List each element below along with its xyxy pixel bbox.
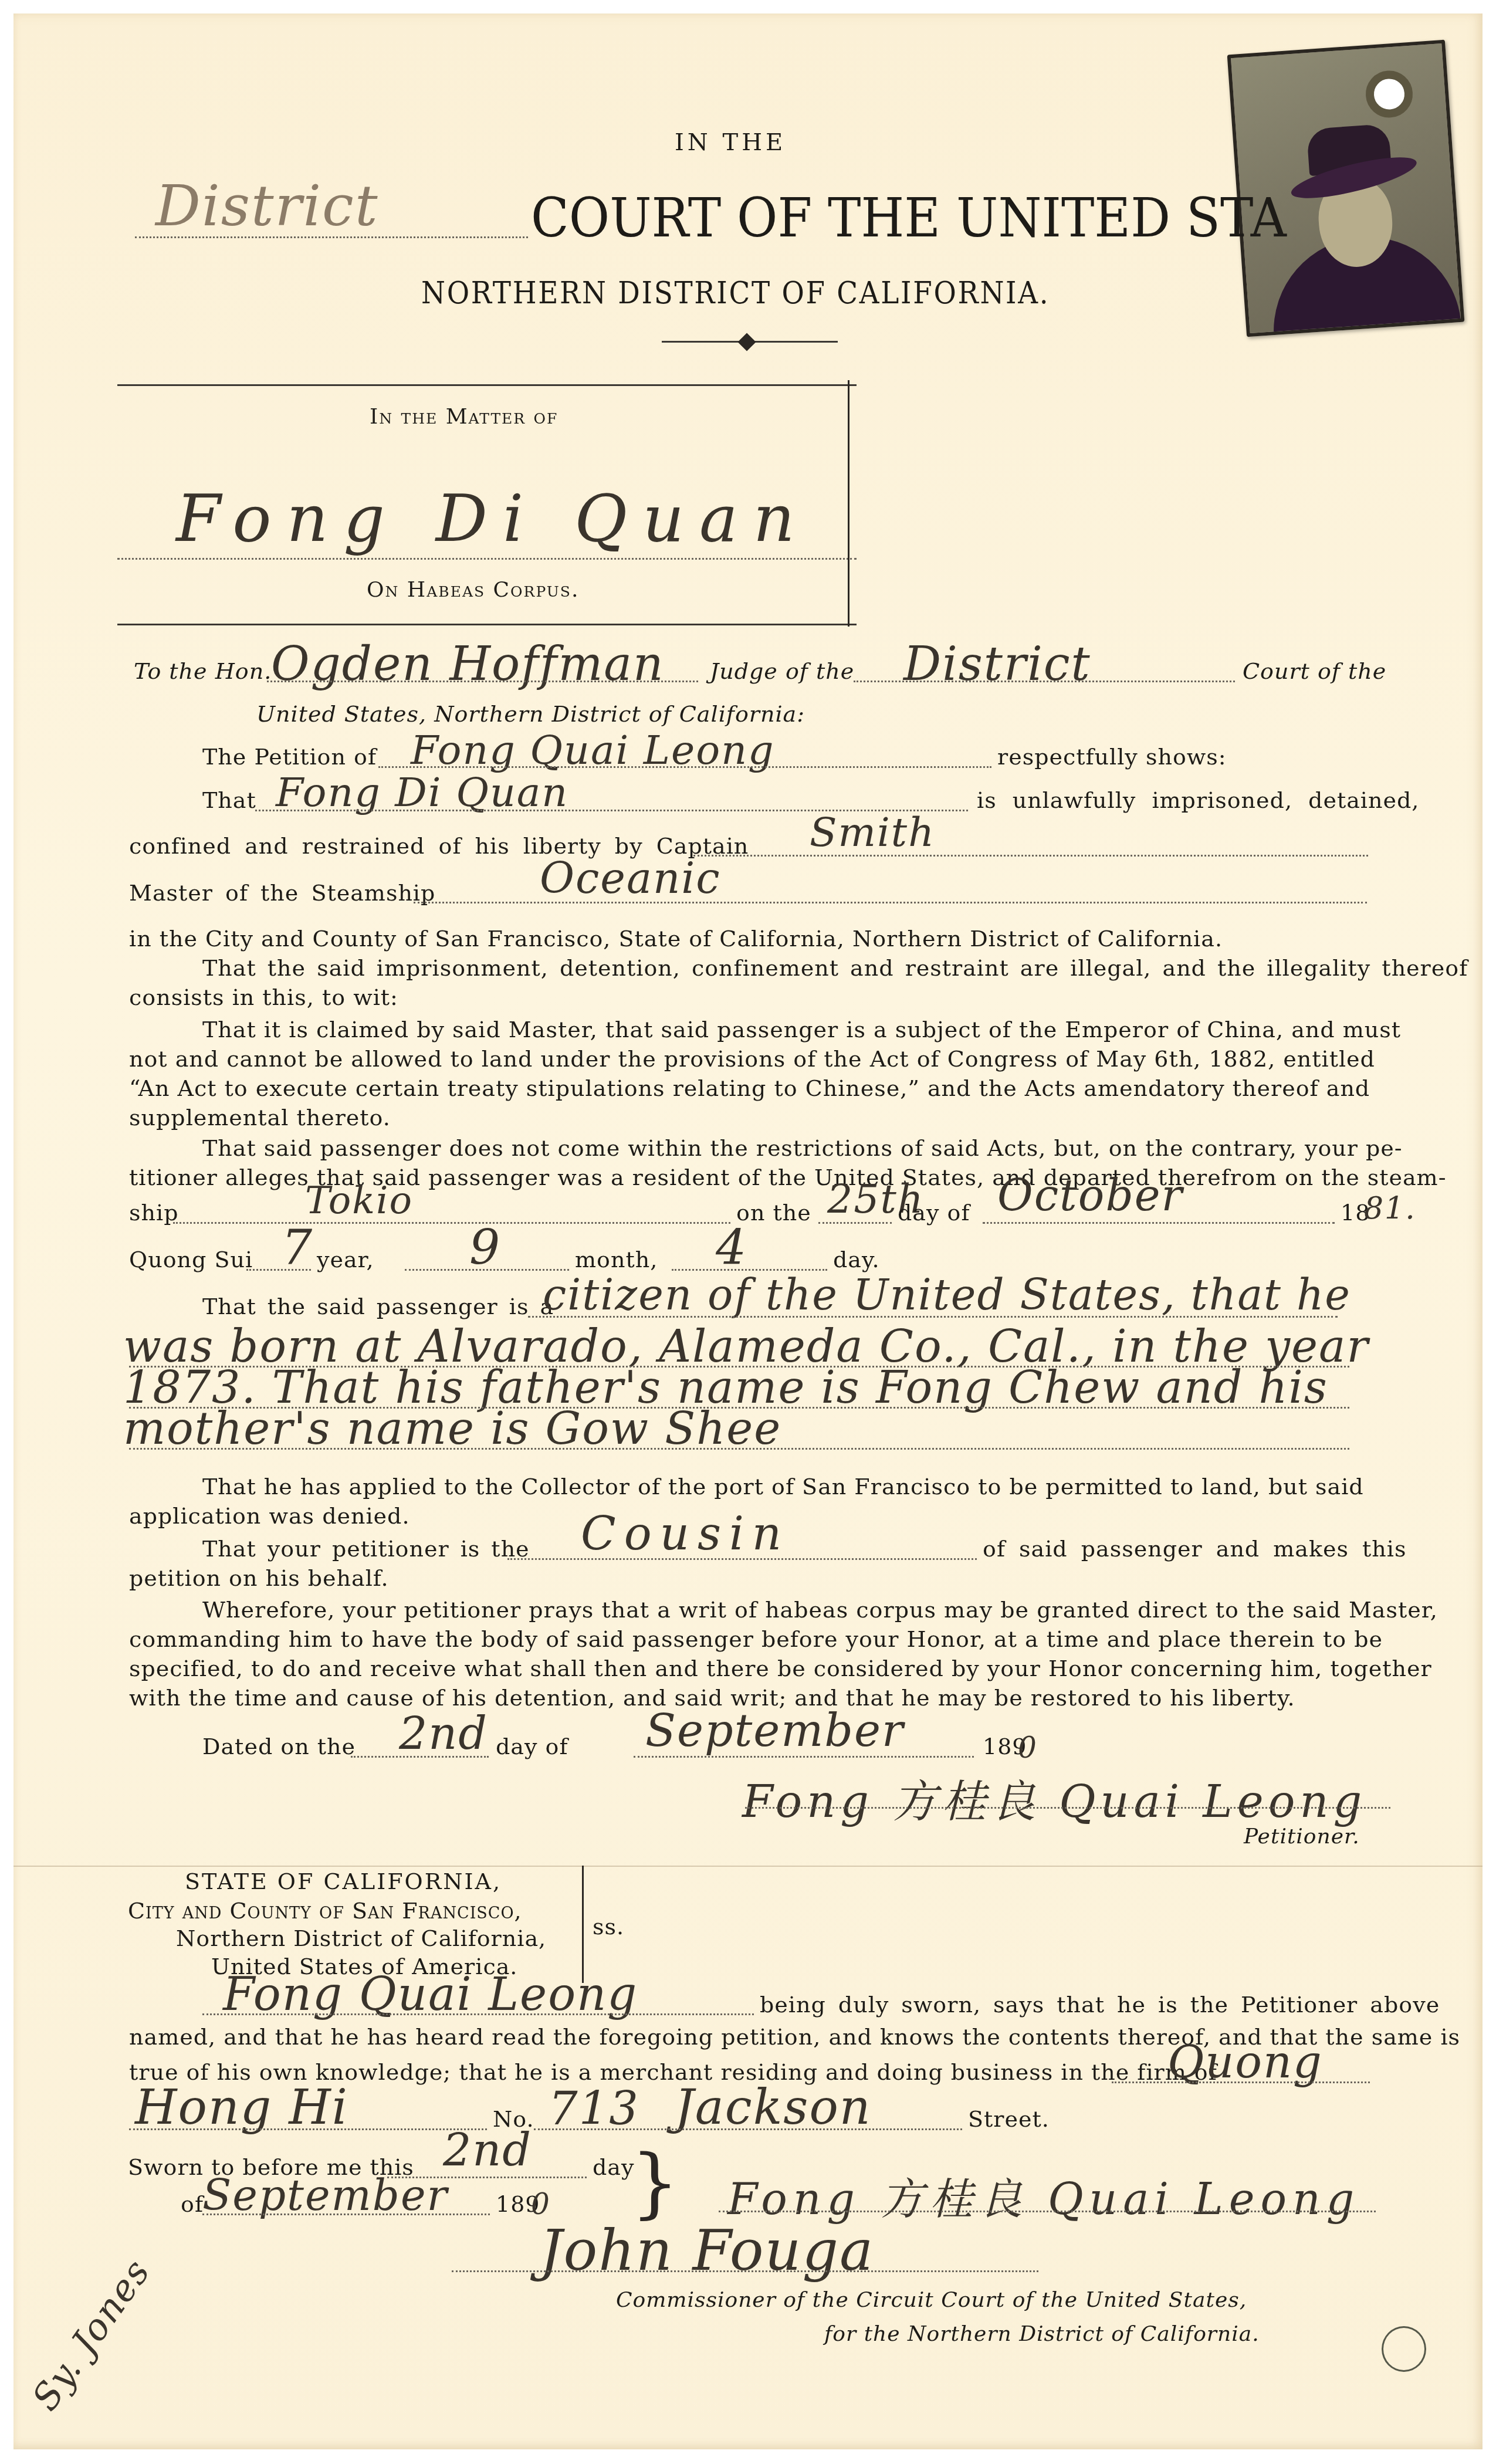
para-claimed-1: That it is claimed by said Master, that … xyxy=(202,1017,1401,1043)
dated-day-of: day of xyxy=(496,1734,568,1759)
venue-1: STATE OF CALIFORNIA, xyxy=(185,1869,502,1894)
petitioner-label: Petitioner. xyxy=(1244,1825,1360,1849)
commissioner-title-2: for the Northern District of California. xyxy=(824,2322,1260,2346)
month-label: month, xyxy=(575,1247,658,1272)
street-name-handwritten: Jackson xyxy=(675,2080,872,2135)
sworn-day-handwritten: 2nd xyxy=(443,2124,532,2176)
status-line-4-handwritten: mother's name is Gow Shee xyxy=(123,1402,781,1454)
para-collector-2: application was denied. xyxy=(129,1503,410,1529)
signature-line xyxy=(745,1807,1390,1809)
steamship-handwritten: Oceanic xyxy=(540,854,721,903)
dated-day-line xyxy=(351,1756,489,1758)
petitioner-signature: Fong 方桂良 Quai Leong xyxy=(742,1766,1366,1830)
court-line xyxy=(854,681,1235,682)
judge-handwritten: Ogden Hoffman xyxy=(271,637,665,691)
address-continuation: United States, Northern District of Cali… xyxy=(256,701,805,727)
caption-right-bracket xyxy=(848,380,849,627)
judge-line xyxy=(267,681,698,682)
caption-subject-handwritten: Fong Di Quan xyxy=(176,481,810,556)
caption-subject-line xyxy=(117,558,857,560)
master-of-steamship: Master of the Steamship xyxy=(129,880,435,906)
wherefore-1: Wherefore, your petitioner prays that a … xyxy=(202,1597,1438,1623)
year-label: year, xyxy=(317,1247,374,1272)
commissioner-title-1: Commissioner of the Circuit Court of the… xyxy=(616,2288,1247,2312)
paper-fold xyxy=(13,1866,1483,1867)
header-in-the: IN THE xyxy=(675,129,786,156)
court-handwritten: District xyxy=(903,637,1091,691)
departure-day-line xyxy=(818,1222,892,1224)
ship-label: ship xyxy=(129,1200,178,1226)
para-illegal-2: consists in this, to wit: xyxy=(129,984,398,1010)
quong-sui-label: Quong Sui xyxy=(129,1247,253,1272)
status-line-1 xyxy=(528,1316,1338,1318)
wherefore-3: specified, to do and receive what shall … xyxy=(129,1656,1432,1681)
wherefore-2: commanding him to have the body of said … xyxy=(129,1626,1383,1652)
affiant-line xyxy=(202,2013,754,2015)
district-title: NORTHERN DISTRICT OF CALIFORNIA. xyxy=(421,276,1050,311)
para-illegal-1: That the said imprisonment, detention, c… xyxy=(202,955,1468,981)
steamship-line xyxy=(414,902,1367,903)
ss-label: ss. xyxy=(593,1914,624,1940)
venue-2: City and County of San Francisco, xyxy=(128,1898,522,1924)
para-claimed-2: not and cannot be allowed to land under … xyxy=(129,1046,1375,1072)
qs-month-handwritten: 9 xyxy=(469,1220,501,1276)
dated-day-handwritten: 2nd xyxy=(399,1707,488,1759)
sworn-bracket: } xyxy=(631,2144,679,2221)
street-number-handwritten: 713 xyxy=(549,2083,639,2135)
dated-month-handwritten: September xyxy=(645,1704,904,1756)
court-title: COURT OF THE UNITED STA xyxy=(531,187,1287,249)
to-the-hon: To the Hon. xyxy=(134,658,272,684)
sworn-day-label: day xyxy=(593,2154,634,2180)
captain-handwritten: Smith xyxy=(810,810,935,856)
affiant-signature-line xyxy=(719,2211,1376,2212)
para-claimed-3: “An Act to execute certain treaty stipul… xyxy=(129,1075,1370,1101)
firm-line-2 xyxy=(129,2128,487,2130)
departure-ship-line xyxy=(173,1222,730,1224)
commissioner-line xyxy=(452,2270,1038,2272)
para-resident-1: That said passenger does not come within… xyxy=(202,1135,1403,1161)
street-line xyxy=(534,2128,962,2130)
relationship-line xyxy=(507,1558,977,1560)
firm-line-1 xyxy=(1112,2081,1370,2083)
qs-year-line xyxy=(246,1269,311,1271)
sworn-of: of xyxy=(181,2191,204,2217)
dated-on-the: Dated on the xyxy=(202,1734,356,1759)
grommet-icon xyxy=(1364,69,1414,119)
on-habeas-corpus: On Habeas Corpus. xyxy=(367,578,579,602)
court-prefix-handwritten: District xyxy=(155,173,378,239)
departure-year-handwritten: 81. xyxy=(1364,1191,1416,1226)
circle-mark-icon xyxy=(1382,2326,1426,2372)
departure-month-handwritten: October xyxy=(997,1170,1183,1221)
that-passenger-is-a: That the said passenger is a xyxy=(202,1294,554,1319)
respectfully-shows: respectfully shows: xyxy=(997,744,1227,770)
the-petition-of: The Petition of xyxy=(202,744,377,770)
street-label: Street. xyxy=(968,2106,1050,2132)
sworn-text-1: being duly sworn, says that he is the Pe… xyxy=(760,1992,1440,2018)
qs-day-handwritten: 4 xyxy=(716,1220,747,1276)
that-label: That xyxy=(202,787,256,813)
judge-of-the: Judge of the xyxy=(710,658,854,684)
qs-year-handwritten: 7 xyxy=(282,1220,313,1276)
unlawfully-text: is unlawfully imprisoned, detained, xyxy=(977,787,1419,813)
day-label: day. xyxy=(833,1247,879,1272)
departure-ship-handwritten: Tokio xyxy=(305,1179,413,1223)
relationship-suffix: of said passenger and makes this xyxy=(983,1536,1406,1562)
relationship-handwritten: Cousin xyxy=(581,1508,790,1561)
sworn-year-handwritten: 0 xyxy=(531,2187,551,2221)
venue-3: Northern District of California, xyxy=(176,1925,546,1951)
departure-month-line xyxy=(983,1222,1335,1224)
para-claimed-4: supplemental thereto. xyxy=(129,1105,391,1131)
petitioner-line xyxy=(378,766,991,768)
sworn-month-handwritten: September xyxy=(202,2171,448,2220)
dated-year-handwritten: 0 xyxy=(1018,1731,1038,1765)
firm-handwritten-1: Quong xyxy=(1167,2036,1323,2088)
relationship-line-2: petition on his behalf. xyxy=(129,1565,389,1591)
day-of-label: day of xyxy=(898,1200,970,1226)
status-line-4 xyxy=(129,1448,1349,1450)
captain-line xyxy=(693,855,1368,857)
status-line-1-handwritten: citizen of the United States, that he xyxy=(543,1270,1351,1319)
relationship-prefix: That your petitioner is the xyxy=(202,1536,530,1562)
court-prefix-line xyxy=(135,236,528,238)
firm-handwritten-2: Hong Hi xyxy=(135,2080,348,2135)
location-text: in the City and County of San Francisco,… xyxy=(129,926,1223,952)
dated-month-line xyxy=(634,1756,974,1758)
in-the-matter-of: In the Matter of xyxy=(370,405,558,429)
sworn-month-line xyxy=(202,2213,490,2215)
para-collector-1: That he has applied to the Collector of … xyxy=(202,1474,1364,1500)
caption-top-rule xyxy=(117,384,857,386)
court-of-the: Court of the xyxy=(1243,658,1386,684)
commissioner-signature: John Fouga xyxy=(540,2218,874,2283)
caption-bottom-rule xyxy=(117,624,857,625)
venue-bracket xyxy=(582,1866,584,1983)
